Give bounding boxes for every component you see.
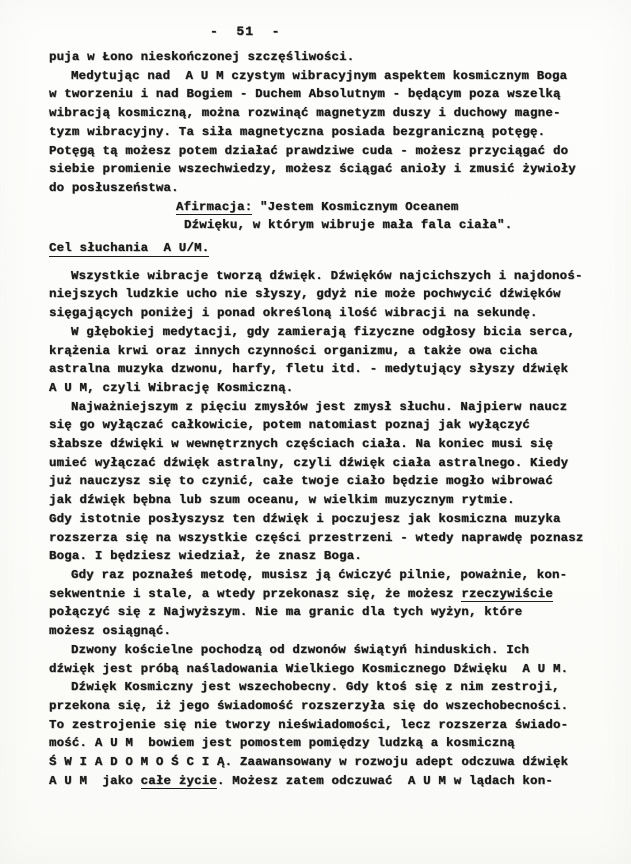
text-line: się go wyłączać całkowicie, potem natomi…: [49, 416, 604, 435]
text-line: puja w Łono nieskończonej szczęśliwości.: [49, 48, 604, 67]
text-segment: przekona się, iż jego świadomość rozszer…: [49, 699, 568, 713]
text-segment: połączyć się z Najwyższym. Nie ma granic…: [49, 605, 522, 619]
text-line: A U M, czyli Wibrację Kosmiczną.: [49, 379, 604, 398]
text-line: Ś W I A D O M O Ś C I Ą. Zaawansowany w …: [49, 753, 604, 772]
text-segment: krążenia krwi oraz innych czynności orga…: [49, 344, 538, 358]
text-segment: się go wyłączać całkowicie, potem natomi…: [49, 418, 530, 432]
text-line: niejszych ludzkie ucho nie słyszy, gdyż …: [49, 285, 604, 304]
text-segment: sięgających poniżej i ponad określoną il…: [49, 306, 538, 320]
text-segment: już nauczysz się to czynić, całe twoje c…: [49, 474, 553, 488]
text-line: możesz osiągnąć.: [49, 622, 604, 641]
text-line: sięgających poniżej i ponad określoną il…: [49, 304, 604, 323]
text-segment: Gdy raz poznałeś metodę, musisz ją ćwicz…: [71, 568, 567, 582]
text-line: Dźwięk Kosmiczny jest wszechobecny. Gdy …: [49, 678, 604, 697]
text-segment: Potęgą tą możesz potem działać prawdziwe…: [49, 144, 568, 158]
text-segment: Najważniejszym z pięciu zmysłów jest zmy…: [71, 400, 567, 414]
text-line: w tworzeniu i nad Bogiem - Duchem Absolu…: [49, 85, 604, 104]
text-segment: możesz osiągnąć.: [49, 624, 171, 638]
text-line: Boga. I będziesz wiedział, że znasz Boga…: [49, 547, 604, 566]
document-text: puja w Łono nieskończonej szczęśliwości.…: [49, 48, 604, 790]
text-segment: słabsze dźwięki w wewnętrznych częściach…: [49, 437, 553, 451]
text-line: sekwentnie i stale, a wtedy przekonasz s…: [49, 585, 604, 604]
text-line: siebie promienie wszechwiedzy, możesz śc…: [49, 160, 604, 179]
text-line: jak dźwięk bębna lub szum oceanu, w wiel…: [49, 491, 604, 510]
text-segment: umieć wyłączać dźwięk astralny, czyli dź…: [49, 456, 568, 470]
text-line: A U M jako całe życie. Możesz zatem odcz…: [49, 772, 604, 791]
page-number: - 51 -: [210, 24, 280, 39]
underlined-text: rzeczywiście: [461, 587, 553, 603]
text-line: dźwięk jest próbą naśladowania Wielkiego…: [49, 660, 604, 679]
text-segment: astralna muzyka dzwonu, harfy, fletu itd…: [49, 362, 568, 376]
text-line: przekona się, iż jego świadomość rozszer…: [49, 697, 604, 716]
text-line: połączyć się z Najwyższym. Nie ma granic…: [49, 603, 604, 622]
text-line: umieć wyłączać dźwięk astralny, czyli dź…: [49, 454, 604, 473]
text-line: Dźwięku, w którym wibruje mała fala ciał…: [49, 216, 604, 235]
text-segment: Ś W I A D O M O Ś C I Ą. Zaawansowany w …: [49, 755, 568, 769]
text-segment: siebie promienie wszechwiedzy, możesz śc…: [49, 162, 576, 176]
text-line: Medytując nad A U M czystym wibracyjnym …: [49, 67, 604, 86]
text-line: do posłuszeństwa.: [49, 179, 604, 198]
text-segment: W głębokiej medytacji, gdy zamierają fiz…: [71, 325, 575, 339]
text-line: Wszystkie wibracje tworzą dźwięk. Dźwięk…: [49, 267, 604, 286]
text-segment: wibracją kosmiczną, można rozwinąć magne…: [49, 106, 561, 120]
text-segment: do posłuszeństwa.: [49, 181, 179, 195]
underlined-text: całe życie: [141, 774, 217, 790]
text-segment: dźwięk jest próbą naśladowania Wielkiego…: [49, 662, 568, 676]
text-line: już nauczysz się to czynić, całe twoje c…: [49, 472, 604, 491]
text-line: Najważniejszym z pięciu zmysłów jest zmy…: [49, 398, 604, 417]
text-line: słabsze dźwięki w wewnętrznych częściach…: [49, 435, 604, 454]
text-segment: Dźwięku, w którym wibruje mała fala ciał…: [184, 218, 512, 232]
text-segment: Dźwięk Kosmiczny jest wszechobecny. Gdy …: [71, 680, 560, 694]
text-segment: . Możesz zatem odczuwać A U M w lądach k…: [217, 774, 553, 788]
text-line: Dzwony kościelne pochodzą od dzwonów świ…: [49, 641, 604, 660]
text-segment: mość. A U M bowiem jest pomostem pomiędz…: [49, 736, 515, 750]
underlined-text: Afirmacja:: [176, 200, 252, 216]
text-line: Gdy istotnie posłyszysz ten dźwięk i poc…: [49, 510, 604, 529]
underlined-text: Cel słuchania A U/M.: [49, 241, 209, 257]
text-line: mość. A U M bowiem jest pomostem pomiędz…: [49, 734, 604, 753]
text-line: Afirmacja: "Jestem Kosmicznym Oceanem: [49, 198, 604, 217]
text-line: wibracją kosmiczną, można rozwinąć magne…: [49, 104, 604, 123]
text-segment: To zestrojenie się nie tworzy nieświadom…: [49, 718, 568, 732]
text-line: astralna muzyka dzwonu, harfy, fletu itd…: [49, 360, 604, 379]
text-segment: Wszystkie wibracje tworzą dźwięk. Dźwięk…: [71, 269, 583, 283]
text-segment: Dzwony kościelne pochodzą od dzwonów świ…: [71, 643, 529, 657]
text-line: Potęgą tą możesz potem działać prawdziwe…: [49, 142, 604, 161]
text-segment: puja w Łono nieskończonej szczęśliwości.: [49, 50, 354, 64]
text-segment: Boga. I będziesz wiedział, że znasz Boga…: [49, 549, 362, 563]
text-line: To zestrojenie się nie tworzy nieświadom…: [49, 716, 604, 735]
text-line: W głębokiej medytacji, gdy zamierają fiz…: [49, 323, 604, 342]
text-segment: Gdy istotnie posłyszysz ten dźwięk i poc…: [49, 512, 561, 526]
text-line: Gdy raz poznałeś metodę, musisz ją ćwicz…: [49, 566, 604, 585]
scanned-document-page: - 51 - puja w Łono nieskończonej szczęśl…: [0, 0, 631, 864]
text-line: tyzm wibracyjny. Ta siła magnetyczna pos…: [49, 123, 604, 142]
text-segment: w tworzeniu i nad Bogiem - Duchem Absolu…: [49, 87, 561, 101]
text-line: rozszerza się na wszystkie części przest…: [49, 529, 604, 548]
text-segment: sekwentnie i stale, a wtedy przekonasz s…: [49, 587, 461, 601]
text-segment: tyzm wibracyjny. Ta siła magnetyczna pos…: [49, 125, 545, 139]
text-segment: A U M, czyli Wibrację Kosmiczną.: [49, 381, 293, 395]
text-segment: niejszych ludzkie ucho nie słyszy, gdyż …: [49, 287, 561, 301]
text-segment: A U M jako: [49, 774, 141, 788]
section-heading: Cel słuchania A U/M.: [49, 239, 604, 258]
text-segment: Medytując nad A U M czystym wibracyjnym …: [71, 69, 567, 83]
text-segment: rozszerza się na wszystkie części przest…: [49, 531, 584, 545]
text-segment: jak dźwięk bębna lub szum oceanu, w wiel…: [49, 493, 515, 507]
text-segment: "Jestem Kosmicznym Oceanem: [252, 200, 458, 214]
text-line: krążenia krwi oraz innych czynności orga…: [49, 342, 604, 361]
